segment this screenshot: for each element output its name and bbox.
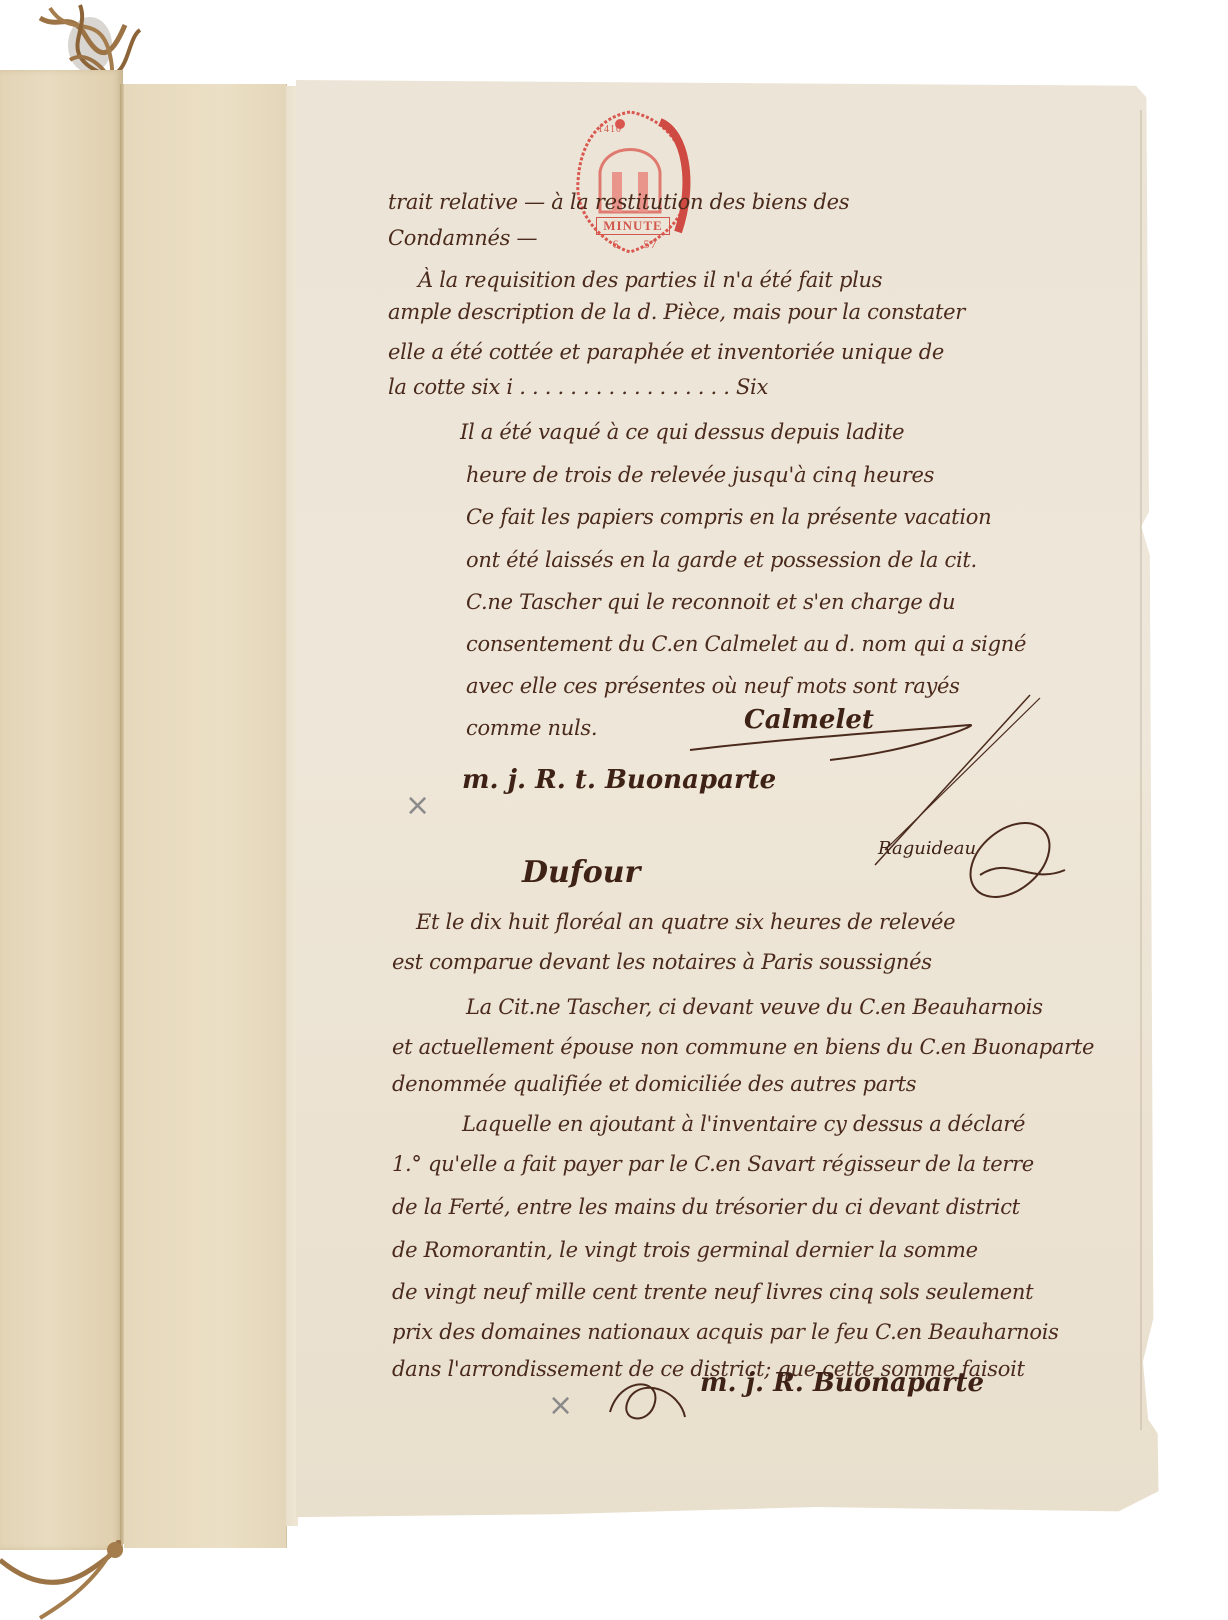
manuscript-line: la cotte six i . . . . . . . . . . . . .… [388,375,768,399]
manuscript-line: de la Ferté, entre les mains du trésorie… [392,1195,1020,1219]
manuscript-line: Laquelle en ajoutant à l'inventaire cy d… [462,1112,1025,1136]
manuscript-line: de Romorantin, le vingt trois germinal d… [392,1238,978,1262]
binding-twine-bottom [0,1540,130,1620]
manuscript-line: Condamnés — [388,226,537,250]
manuscript-line: Et le dix huit floréal an quatre six heu… [416,910,955,934]
signature-buonaparte-2: m. j. R. Buonaparte [700,1368,984,1398]
cover-leaf [0,70,123,1550]
page-fold [1140,110,1142,1430]
manuscript-line: La Cit.ne Tascher, ci devant veuve du C.… [466,995,1043,1019]
manuscript-line: Ce fait les papiers compris en la présen… [466,505,991,529]
manuscript-line: Il a été vaqué à ce qui dessus depuis la… [460,420,904,444]
manuscript-line: À la requisition des parties il n'a été … [418,268,882,292]
red-tax-stamp: 1410 MINUTE 6 57 [560,102,700,262]
manuscript-line: elle a été cottée et paraphée et invento… [388,340,944,364]
manuscript-line: comme nuls. [466,716,597,740]
notary-paraph-icon [950,815,1070,905]
signature-buonaparte: m. j. R. t. Buonaparte [462,765,776,795]
manuscript-line: ample description de la d. Pièce, mais p… [388,300,965,324]
manuscript-line: et actuellement épouse non commune en bi… [392,1035,1094,1059]
manuscript-line: consentement du C.en Calmelet au d. nom … [466,632,1026,656]
stamp-year: 1410 [590,124,630,135]
manuscript-line: ont été laissés en la garde et possessio… [466,548,977,572]
signature-notary-dufour: Dufour [522,855,640,890]
cross-mark: × [548,1388,573,1423]
paraph-icon [600,1372,690,1432]
manuscript-line: est comparue devant les notaires à Paris… [392,950,932,974]
manuscript-line: de vingt neuf mille cent trente neuf liv… [392,1280,1033,1304]
manuscript-line: C.ne Tascher qui le reconnoit et s'en ch… [466,590,955,614]
manuscript-line: trait relative — à la restitution des bi… [388,190,849,214]
stamp-numbers: 6 57 [600,237,670,252]
document-photo: 1410 MINUTE 6 57 trait relative — à la r… [0,0,1228,1620]
cross-mark: × [405,788,430,823]
inner-leaf [124,84,287,1548]
manuscript-line: denommée qualifiée et domiciliée des aut… [392,1072,916,1096]
manuscript-line: heure de trois de relevée jusqu'à cinq h… [466,463,934,487]
manuscript-line: prix des domaines nationaux acquis par l… [392,1320,1059,1344]
signature-calmelet: Calmelet [744,705,874,735]
manuscript-line: 1.° qu'elle a fait payer par le C.en Sav… [392,1152,1034,1176]
stamp-label: MINUTE [596,217,670,235]
